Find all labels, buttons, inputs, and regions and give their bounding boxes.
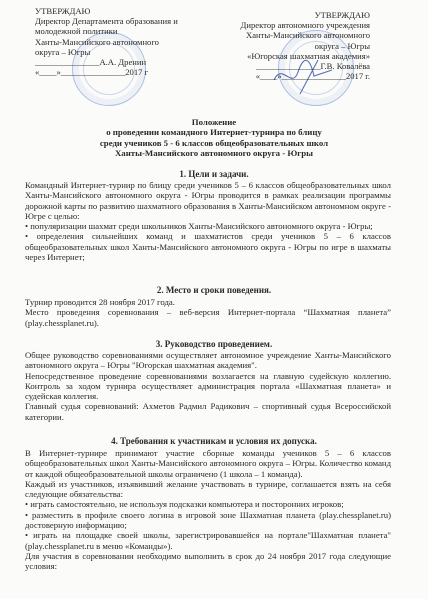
document-page: УТВЕРЖДАЮ Директор Департамента образова… bbox=[0, 0, 428, 599]
approval-line: Директор автономного учреждения bbox=[200, 20, 370, 30]
paragraph: Турнир проводится 28 ноября 2017 года. bbox=[25, 297, 391, 307]
document-title: Положение о проведении командного Интерн… bbox=[0, 117, 428, 159]
date-line: «____»_______________2017 г bbox=[35, 67, 215, 77]
paragraph: В Интернет-турнире принимают участие сбо… bbox=[25, 448, 391, 479]
section-heading-management: 3. Руководство проведением. bbox=[0, 339, 428, 349]
bullet-item: разместить в профиле своего логина в игр… bbox=[25, 510, 391, 531]
section-body-management: Общее руководство соревнованиями осущест… bbox=[25, 350, 391, 422]
approval-line: молодежной политики bbox=[35, 26, 215, 36]
title-line: среди учеников 5 - 6 классов общеобразов… bbox=[0, 138, 428, 148]
signature-line: _______________Г.В. Ковалёва bbox=[200, 61, 370, 71]
title-line: Ханты-Мансийского автономного округа - Ю… bbox=[0, 148, 428, 158]
paragraph: Каждый из участников, изъявивший желание… bbox=[25, 479, 391, 500]
paragraph: Для участия в соревновании необходимо вы… bbox=[25, 551, 391, 572]
approval-line: Директор Департамента образования и bbox=[35, 16, 215, 26]
approval-line: округа – Югры bbox=[200, 41, 370, 51]
section-heading-place-dates: 2. Место и сроки поведения. bbox=[0, 285, 428, 295]
bullet-item: определения сильнейших команд и шахматис… bbox=[25, 231, 391, 262]
approval-block-right: УТВЕРЖДАЮ Директор автономного учреждени… bbox=[200, 10, 370, 81]
section-heading-requirements: 4. Требования к участникам и условия их … bbox=[0, 436, 428, 446]
approval-heading: УТВЕРЖДАЮ bbox=[35, 6, 215, 16]
approval-line: Ханты-Мансийского автономного bbox=[35, 37, 215, 47]
bullet-item: играть самостоятельно, не используя подс… bbox=[25, 499, 391, 509]
approval-block-left: УТВЕРЖДАЮ Директор Департамента образова… bbox=[35, 6, 215, 77]
signature-line: _______________А.А. Дренин bbox=[35, 57, 215, 67]
bullet-item: популяризации шахмат среди школьников Ха… bbox=[25, 221, 391, 231]
title-line: Положение bbox=[0, 117, 428, 127]
bullet-item: играть на площадке своей школы, зарегист… bbox=[25, 530, 391, 551]
section-body-place-dates: Турнир проводится 28 ноября 2017 года. М… bbox=[25, 297, 391, 328]
paragraph: Главный судья соревнований: Ахметов Радм… bbox=[25, 401, 391, 422]
approval-line: округа – Югры bbox=[35, 47, 215, 57]
title-line: о проведении командного Интернет-турнира… bbox=[0, 127, 428, 137]
approval-heading: УТВЕРЖДАЮ bbox=[200, 10, 370, 20]
section-heading-goals: 1. Цели и задачи. bbox=[0, 169, 428, 179]
paragraph: Общее руководство соревнованиями осущест… bbox=[25, 350, 391, 371]
paragraph: Непосредственное проведение соревнования… bbox=[25, 371, 391, 402]
paragraph: Место проведения соревнования – веб-верс… bbox=[25, 307, 391, 328]
section-body-goals: Командный Интернет-турнир по блицу среди… bbox=[25, 180, 391, 262]
date-line: «____»_______________2017 г. bbox=[200, 71, 370, 81]
paragraph: Командный Интернет-турнир по блицу среди… bbox=[25, 180, 391, 221]
section-body-requirements: В Интернет-турнире принимают участие сбо… bbox=[25, 448, 391, 572]
approval-line: Ханты-Мансийского автономного bbox=[200, 30, 370, 40]
approval-line: «Югорская шахматная академия» bbox=[200, 51, 370, 61]
